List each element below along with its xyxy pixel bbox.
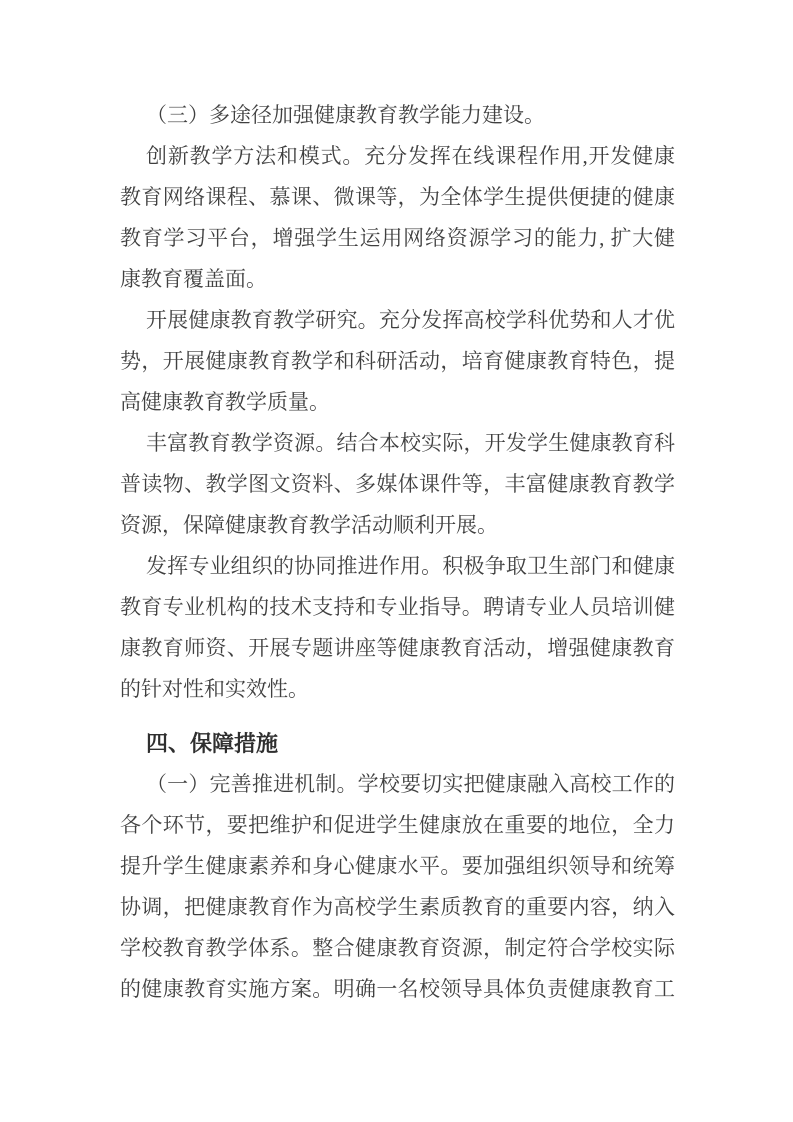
text-line: 康教育师资、开展专题讲座等健康教育活动，增强健康教育 — [120, 628, 675, 669]
text-line: 丰富教育教学资源。结合本校实际，开发学生健康教育科 — [120, 423, 675, 464]
text-line: 教育学习平台，增强学生运用网络资源学习的能力, 扩大健 — [120, 218, 675, 259]
text-line: 的健康教育实施方案。明确一名校领导具体负责健康教育工 — [120, 969, 675, 1010]
paragraph-teaching-resources: 丰富教育教学资源。结合本校实际，开发学生健康教育科普读物、教学图文资料、多媒体课… — [120, 423, 675, 546]
text-line: （三）多途径加强健康教育教学能力建设。 — [120, 95, 675, 136]
text-line: 康教育覆盖面。 — [120, 259, 675, 300]
text-line: 的针对性和实效性。 — [120, 669, 675, 710]
text-line: 发挥专业组织的协同推进作用。积极争取卫生部门和健康 — [120, 546, 675, 587]
paragraph-teaching-research: 开展健康教育教学研究。充分发挥高校学科优势和人才优势，开展健康教育教学和科研活动… — [120, 300, 675, 423]
text-line: 教育专业机构的技术支持和专业指导。聘请专业人员培训健 — [120, 587, 675, 628]
text-line: 开展健康教育教学研究。充分发挥高校学科优势和人才优 — [120, 300, 675, 341]
text-line: 教育网络课程、慕课、微课等，为全体学生提供便捷的健康 — [120, 177, 675, 218]
text-block: （三）多途径加强健康教育教学能力建设。创新教学方法和模式。充分发挥在线课程作用,… — [120, 95, 675, 1010]
document-page: （三）多途径加强健康教育教学能力建设。创新教学方法和模式。充分发挥在线课程作用,… — [0, 0, 793, 1122]
section-3-subheading: （三）多途径加强健康教育教学能力建设。 — [120, 95, 675, 136]
text-line: 四、保障措施 — [120, 723, 675, 764]
text-line: 各个环节，要把维护和促进学生健康放在重要的地位，全力 — [120, 805, 675, 846]
section-4-heading: 四、保障措施 — [120, 723, 675, 764]
text-line: （一）完善推进机制。学校要切实把健康融入高校工作的 — [120, 764, 675, 805]
text-line: 普读物、教学图文资料、多媒体课件等，丰富健康教育教学 — [120, 464, 675, 505]
paragraph-professional-organizations: 发挥专业组织的协同推进作用。积极争取卫生部门和健康教育专业机构的技术支持和专业指… — [120, 546, 675, 710]
text-line: 资源，保障健康教育教学活动顺利开展。 — [120, 505, 675, 546]
text-line: 学校教育教学体系。整合健康教育资源，制定符合学校实际 — [120, 928, 675, 969]
text-line: 创新教学方法和模式。充分发挥在线课程作用,开发健康 — [120, 136, 675, 177]
text-line: 协调，把健康教育作为高校学生素质教育的重要内容，纳入 — [120, 887, 675, 928]
paragraph-improve-mechanism: （一）完善推进机制。学校要切实把健康融入高校工作的各个环节，要把维护和促进学生健… — [120, 764, 675, 1010]
text-line: 高健康教育教学质量。 — [120, 382, 675, 423]
text-line: 提升学生健康素养和身心健康水平。要加强组织领导和统筹 — [120, 846, 675, 887]
text-line: 势，开展健康教育教学和科研活动，培育健康教育特色，提 — [120, 341, 675, 382]
paragraph-innovate-teaching: 创新教学方法和模式。充分发挥在线课程作用,开发健康教育网络课程、慕课、微课等，为… — [120, 136, 675, 300]
